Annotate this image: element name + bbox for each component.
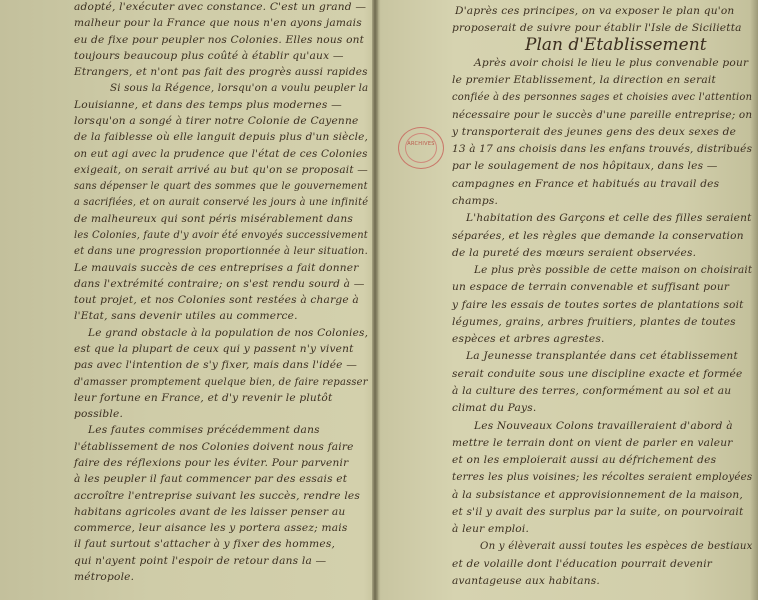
manuscript-line: les Colonies, faute d'y avoir été envoyé… — [74, 229, 368, 241]
manuscript-line: Si sous la Régence, lorsqu'on a voulu pe… — [110, 82, 368, 94]
manuscript-line: l'Etat, sans devenir utiles au commerce. — [74, 310, 298, 322]
manuscript-line: campagnes en France et habitués au trava… — [452, 178, 719, 190]
manuscript-line: lorsqu'on a songé à tirer notre Colonie … — [74, 115, 358, 127]
manuscript-line: à leur emploi. — [452, 523, 529, 535]
manuscript-line: a sacrifiées, et on aurait conservé les … — [74, 196, 368, 208]
manuscript-line: par le soulagement de nos hôpitaux, dans… — [452, 160, 718, 172]
manuscript-line: espèces et arbres agrestes. — [452, 333, 605, 345]
manuscript-line: exigeait, on serait arrivé au but qu'on … — [74, 164, 368, 176]
manuscript-line: un espace de terrain convenable et suffi… — [452, 281, 729, 293]
manuscript-line: On y élèverait aussi toutes les espèces … — [480, 540, 753, 552]
archive-stamp: ARCHIVES — [398, 127, 444, 169]
manuscript-line: La Jeunesse transplantée dans cet établi… — [466, 350, 738, 362]
manuscript-line: Après avoir choisi le lieu le plus conve… — [474, 57, 748, 69]
manuscript-line: confiée à des personnes sages et choisie… — [452, 91, 752, 103]
manuscript-line: eu de fixe pour peupler nos Colonies. El… — [74, 34, 364, 46]
open-manuscript-spread: ARCHIVES Plan d'Etablissement adopté, l'… — [0, 0, 758, 600]
manuscript-line: tout projet, et nos Colonies sont restée… — [74, 294, 359, 306]
manuscript-line: y transporterait des jeunes gens des deu… — [452, 126, 736, 138]
manuscript-line: climat du Pays. — [452, 402, 536, 414]
manuscript-line: à la culture des terres, conformément au… — [452, 385, 731, 397]
manuscript-line: malheur pour la France que nous n'en ayo… — [74, 17, 362, 29]
manuscript-line: on eut agi avec la prudence que l'état d… — [74, 148, 368, 160]
manuscript-line: champs. — [452, 195, 498, 207]
manuscript-line: métropole. — [74, 571, 134, 583]
manuscript-line: 13 à 17 ans choisis dans les enfans trou… — [452, 143, 752, 155]
manuscript-line: L'habitation des Garçons et celle des fi… — [466, 212, 752, 224]
manuscript-line: adopté, l'exécuter avec constance. C'est… — [74, 1, 366, 13]
manuscript-line: séparées, et les règles que demande la c… — [452, 230, 744, 242]
manuscript-line: et dans une progression proportionnée à … — [74, 245, 368, 257]
manuscript-line: légumes, grains, arbres fruitiers, plant… — [452, 316, 736, 328]
manuscript-line: Le mauvais succès de ces entreprises a f… — [74, 262, 358, 274]
manuscript-line: y faire les essais de toutes sortes de p… — [452, 299, 744, 311]
section-title: Plan d'Etablissement — [525, 35, 707, 55]
manuscript-line: de la faiblesse où elle languit depuis p… — [74, 131, 368, 143]
manuscript-line: le premier Etablissement, la direction e… — [452, 74, 716, 86]
manuscript-line: et de volaille dont l'éducation pourrait… — [452, 558, 712, 570]
manuscript-line: possible. — [74, 408, 123, 420]
manuscript-line: et s'il y avait des surplus par la suite… — [452, 506, 743, 518]
manuscript-line: Le grand obstacle à la population de nos… — [88, 327, 368, 339]
manuscript-line: il faut surtout s'attacher à y fixer des… — [74, 538, 335, 550]
manuscript-line: dans l'extrémité contraire; on s'est ren… — [74, 278, 365, 290]
manuscript-line: de malheureux qui sont péris misérableme… — [74, 213, 353, 225]
manuscript-line: habitans agricoles avant de les laisser … — [74, 506, 345, 518]
stamp-inner-ring — [405, 133, 437, 163]
manuscript-line: de la pureté des mœurs seraient observée… — [452, 247, 696, 259]
manuscript-line: serait conduite sous une discipline exac… — [452, 368, 742, 380]
manuscript-line: proposerait de suivre pour établir l'Isl… — [452, 22, 742, 34]
page-edge-shadow — [750, 0, 758, 600]
manuscript-line: toujours beaucoup plus coûté à établir q… — [74, 50, 344, 62]
manuscript-line: Les fautes commises précédemment dans — [88, 424, 320, 436]
manuscript-line: Etrangers, et n'ont pas fait des progrès… — [74, 66, 368, 78]
manuscript-line: sans dépenser le quart des sommes que le… — [74, 180, 368, 192]
manuscript-line: pas avec l'intention de s'y fixer, mais … — [74, 359, 357, 371]
manuscript-line: terres les plus voisines; les récoltes s… — [452, 471, 752, 483]
manuscript-line: leur fortune en France, et d'y revenir l… — [74, 392, 332, 404]
manuscript-line: à la subsistance et approvisionnement de… — [452, 489, 743, 501]
stamp-text: ARCHIVES — [399, 141, 443, 147]
manuscript-line: d'amasser promptement quelque bien, de f… — [74, 376, 368, 388]
manuscript-line: à les peupler il faut commencer par des … — [74, 473, 347, 485]
manuscript-line: D'après ces principes, on va exposer le … — [455, 5, 734, 17]
manuscript-line: Les Nouveaux Colons travailleraient d'ab… — [474, 420, 733, 432]
manuscript-line: est que la plupart de ceux qui y passent… — [74, 343, 354, 355]
manuscript-line: nécessaire pour le succès d'une pareille… — [452, 109, 752, 121]
manuscript-line: l'établissement de nos Colonies doivent … — [74, 441, 354, 453]
manuscript-line: mettre le terrain dont on vient de parle… — [452, 437, 733, 449]
manuscript-line: accroître l'entreprise suivant les succè… — [74, 490, 360, 502]
manuscript-line: commerce, leur aisance les y portera ass… — [74, 522, 348, 534]
manuscript-line: et on les emploierait aussi au défrichem… — [452, 454, 716, 466]
manuscript-line: qui n'ayent point l'espoir de retour dan… — [74, 555, 326, 567]
manuscript-line: Louisianne, et dans des temps plus moder… — [74, 99, 342, 111]
manuscript-line: faire des réflexions pour les éviter. Po… — [74, 457, 348, 469]
manuscript-line: avantageuse aux habitans. — [452, 575, 600, 587]
manuscript-line: Le plus près possible de cette maison on… — [474, 264, 752, 276]
